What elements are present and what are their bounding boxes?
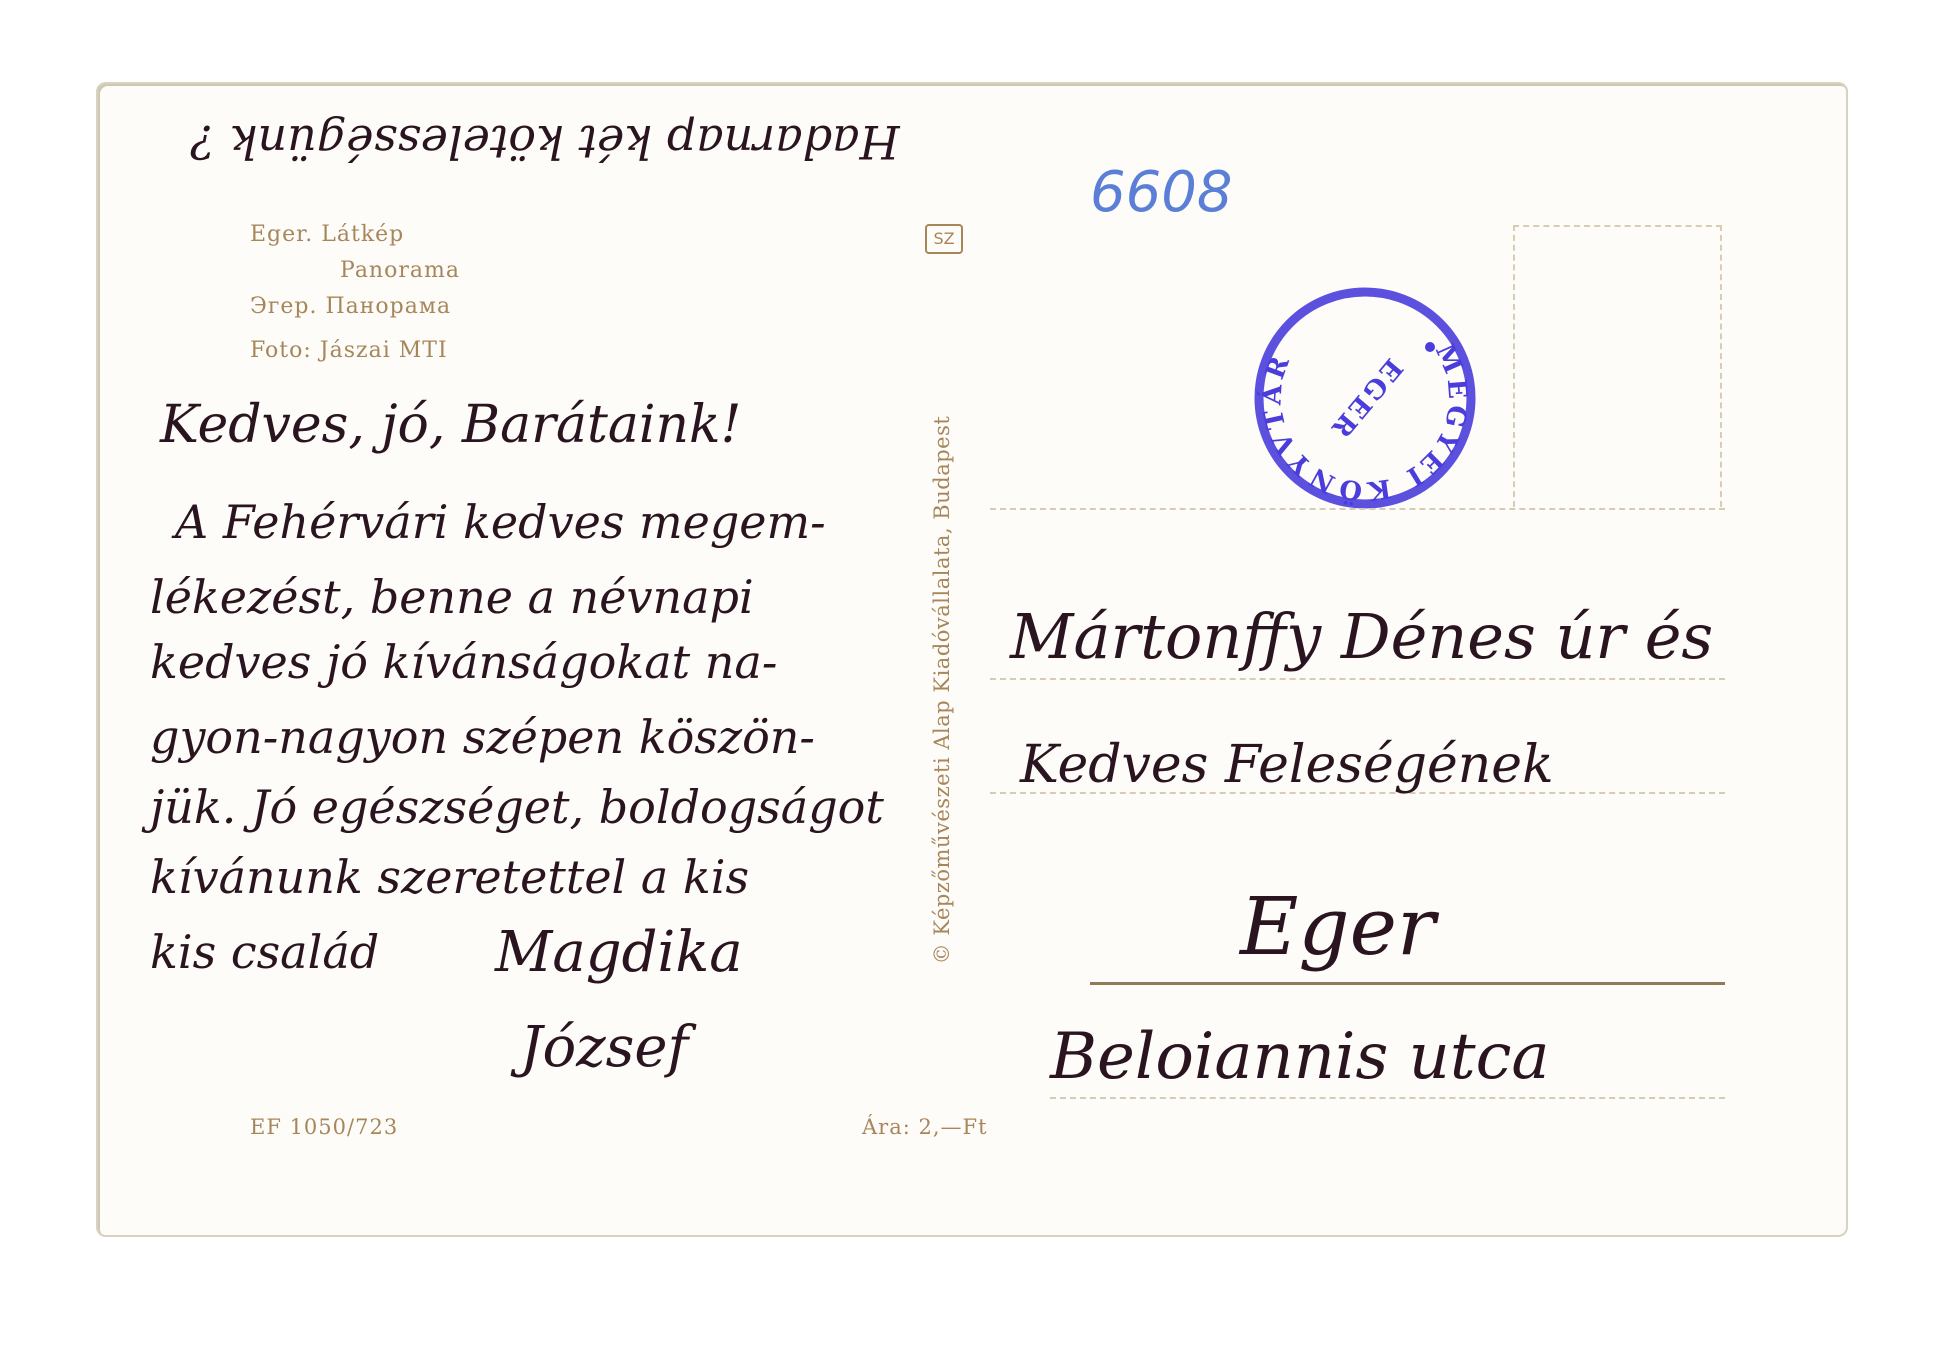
message-line: A Fehérvári kedves megem- bbox=[175, 495, 826, 549]
message-line: kívánunk szeretettel a kis bbox=[150, 850, 749, 904]
address-name-2: Kedves Feleségének bbox=[1020, 735, 1554, 795]
upside-down-note: Hadarnap két kötelességünk ? bbox=[175, 115, 915, 169]
signature-1: Magdika bbox=[495, 920, 743, 985]
address-line-2 bbox=[990, 678, 1725, 680]
address-line-4 bbox=[1090, 982, 1725, 985]
caption-panorama: Panorama bbox=[340, 258, 460, 283]
caption-title: Eger. Látkép bbox=[250, 222, 404, 247]
message-line: kedves jó kívánságokat na- bbox=[150, 635, 777, 689]
publisher-mark: SZ bbox=[925, 224, 963, 254]
price: Ára: 2,—Ft bbox=[862, 1115, 988, 1139]
address-line-1 bbox=[990, 508, 1725, 510]
catalog-number: EF 1050/723 bbox=[250, 1115, 398, 1139]
archive-number: 6608 bbox=[1090, 160, 1233, 225]
message-line: gyon-nagyon szépen köszön- bbox=[150, 710, 815, 764]
address-street: Beloiannis utca bbox=[1050, 1020, 1550, 1094]
photo-credit: Foto: Jászai MTI bbox=[250, 338, 448, 363]
address-name: Mártonffy Dénes úr és bbox=[1010, 600, 1713, 673]
caption-russian: Эгер. Панорама bbox=[250, 294, 451, 319]
message-line: kis család bbox=[150, 925, 379, 979]
library-seal: MEGYEI KÖNYVTÁR EGER bbox=[1252, 285, 1478, 511]
signature-2: József bbox=[520, 1015, 688, 1080]
message-line: lékezést, benne a névnapi bbox=[150, 570, 754, 624]
address-city: Eger bbox=[1240, 880, 1435, 973]
message-line: jük. Jó egészséget, boldogságot bbox=[150, 780, 884, 834]
address-line-5 bbox=[1050, 1097, 1725, 1099]
message-line: Kedves, jó, Barátaink! bbox=[160, 395, 741, 455]
publisher-line: © Képzőművészeti Alap Kiadóvállalata, Bu… bbox=[930, 416, 954, 965]
seal-center-text: EGER bbox=[1324, 352, 1408, 444]
stamp-box bbox=[1513, 225, 1722, 507]
